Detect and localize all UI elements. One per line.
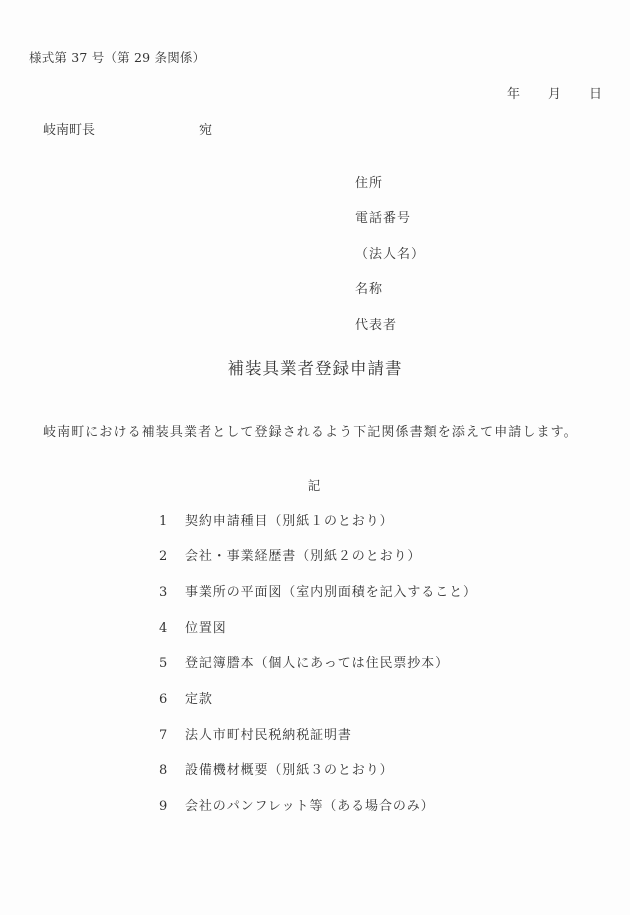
list-item-number: 6 [159, 693, 185, 706]
applicant-corporation-label: （法人名） [355, 248, 425, 261]
list-item-number: 2 [159, 550, 185, 563]
document-title-text: 補装具業者登録申請書 [228, 361, 403, 378]
date-day-label: 日 [589, 88, 602, 101]
list-item: 6定款 [159, 693, 213, 706]
applicant-representative-label: 代表者 [355, 319, 397, 332]
applicant-name-label: 名称 [355, 283, 383, 296]
list-item-text: 定款 [185, 692, 213, 707]
addressee-suffix: 宛 [199, 124, 212, 137]
list-item-number: 5 [159, 657, 185, 670]
list-item-text: 登記簿謄本（個人にあっては住民票抄本） [185, 656, 449, 671]
list-item: 1契約申請種目（別紙１のとおり） [159, 515, 394, 528]
list-item-number: 9 [159, 800, 185, 813]
list-item-text: 事業所の平面図（室内別面積を記入すること） [185, 585, 477, 600]
list-item-text: 会社・事業経歴書（別紙２のとおり） [185, 549, 421, 564]
list-item-text: 法人市町村民税納税証明書 [185, 728, 352, 743]
ki-heading-text: 記 [308, 480, 321, 493]
list-item: 5登記簿謄本（個人にあっては住民票抄本） [159, 657, 449, 670]
list-item-text: 設備機材概要（別紙３のとおり） [185, 763, 394, 778]
list-item-number: 8 [159, 764, 185, 777]
applicant-address-label: 住所 [355, 177, 383, 190]
ki-heading: 記 [0, 480, 630, 493]
list-item: 4位置図 [159, 622, 227, 635]
list-item-number: 3 [159, 586, 185, 599]
list-item: 3事業所の平面図（室内別面積を記入すること） [159, 586, 477, 599]
document-title: 補装具業者登録申請書 [0, 361, 630, 378]
date-line: 年 月 日 [507, 88, 602, 101]
applicant-phone-label: 電話番号 [355, 212, 411, 225]
list-item: 7法人市町村民税納税証明書 [159, 729, 352, 742]
form-number: 様式第 37 号（第 29 条関係） [29, 52, 205, 65]
list-item-number: 1 [159, 515, 185, 528]
list-item: 8設備機材概要（別紙３のとおり） [159, 764, 394, 777]
list-item-number: 4 [159, 622, 185, 635]
list-item-text: 契約申請種目（別紙１のとおり） [185, 514, 394, 529]
list-item: 2会社・事業経歴書（別紙２のとおり） [159, 550, 421, 563]
addressee-name: 岐南町長 [43, 124, 95, 137]
application-statement: 岐南町における補装具業者として登録されるよう下記関係書類を添えて申請します。 [43, 426, 578, 439]
list-item-text: 位置図 [185, 621, 227, 636]
list-item: 9会社のパンフレット等（ある場合のみ） [159, 800, 435, 813]
list-item-number: 7 [159, 729, 185, 742]
list-item-text: 会社のパンフレット等（ある場合のみ） [185, 799, 435, 814]
date-year-label: 年 [507, 88, 520, 101]
date-month-label: 月 [548, 88, 561, 101]
